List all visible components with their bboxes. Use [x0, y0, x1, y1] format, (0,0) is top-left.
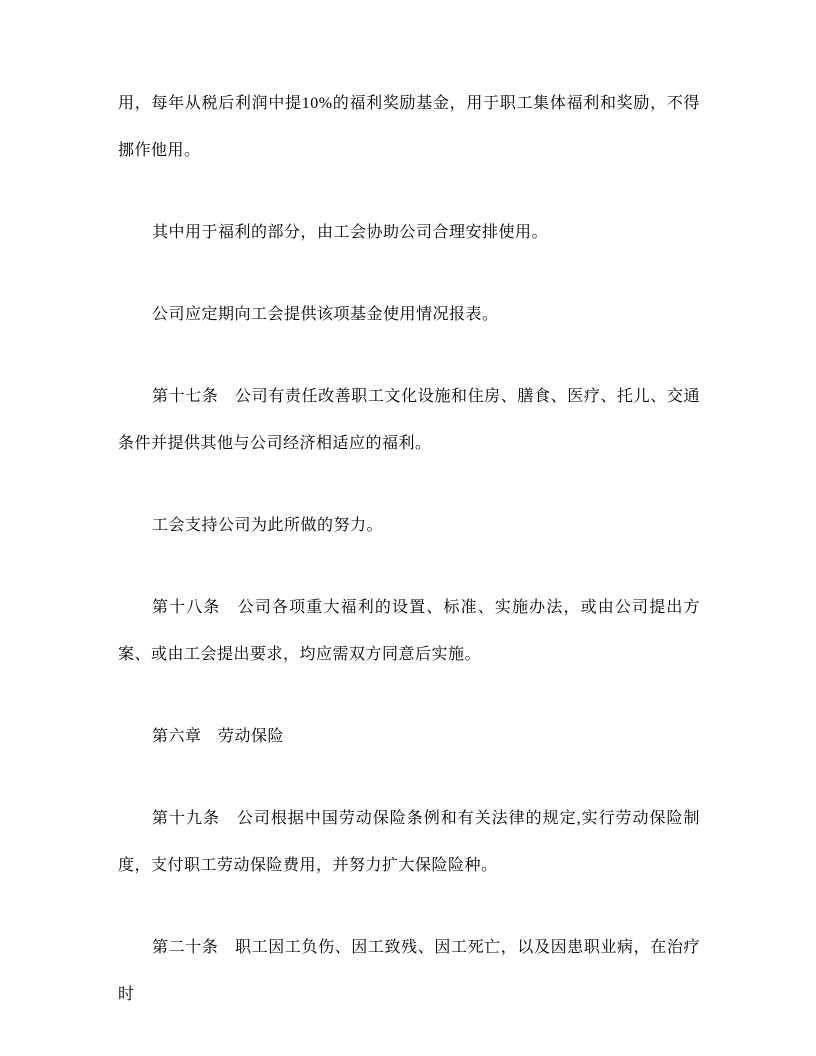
paragraph: 其中用于福利的部分，由工会协助公司合理安排使用。 [118, 209, 700, 256]
paragraph-article-17: 第十七条 公司有责任改善职工文化设施和住房、膳食、医疗、托儿、交通条件并提供其他… [118, 373, 700, 467]
paragraph-article-20: 第二十条 职工因工负伤、因工致残、因工死亡，以及因患职业病，在治疗时 [118, 924, 700, 1018]
chapter-heading-6: 第六章 劳动保险 [118, 713, 700, 760]
document-page: 用，每年从税后利润中提10%的福利奖励基金，用于职工集体福利和奖励，不得挪作他用… [0, 0, 816, 1056]
paragraph: 工会支持公司为此所做的努力。 [118, 502, 700, 549]
paragraph-article-18: 第十八条 公司各项重大福利的设置、标准、实施办法，或由公司提出方案、或由工会提出… [118, 584, 700, 678]
paragraph-continuation: 用，每年从税后利润中提10%的福利奖励基金，用于职工集体福利和奖励，不得挪作他用… [118, 80, 700, 174]
paragraph: 公司应定期向工会提供该项基金使用情况报表。 [118, 291, 700, 338]
paragraph-article-19: 第十九条 公司根据中国劳动保险条例和有关法律的规定,实行劳动保险制度，支付职工劳… [118, 795, 700, 889]
